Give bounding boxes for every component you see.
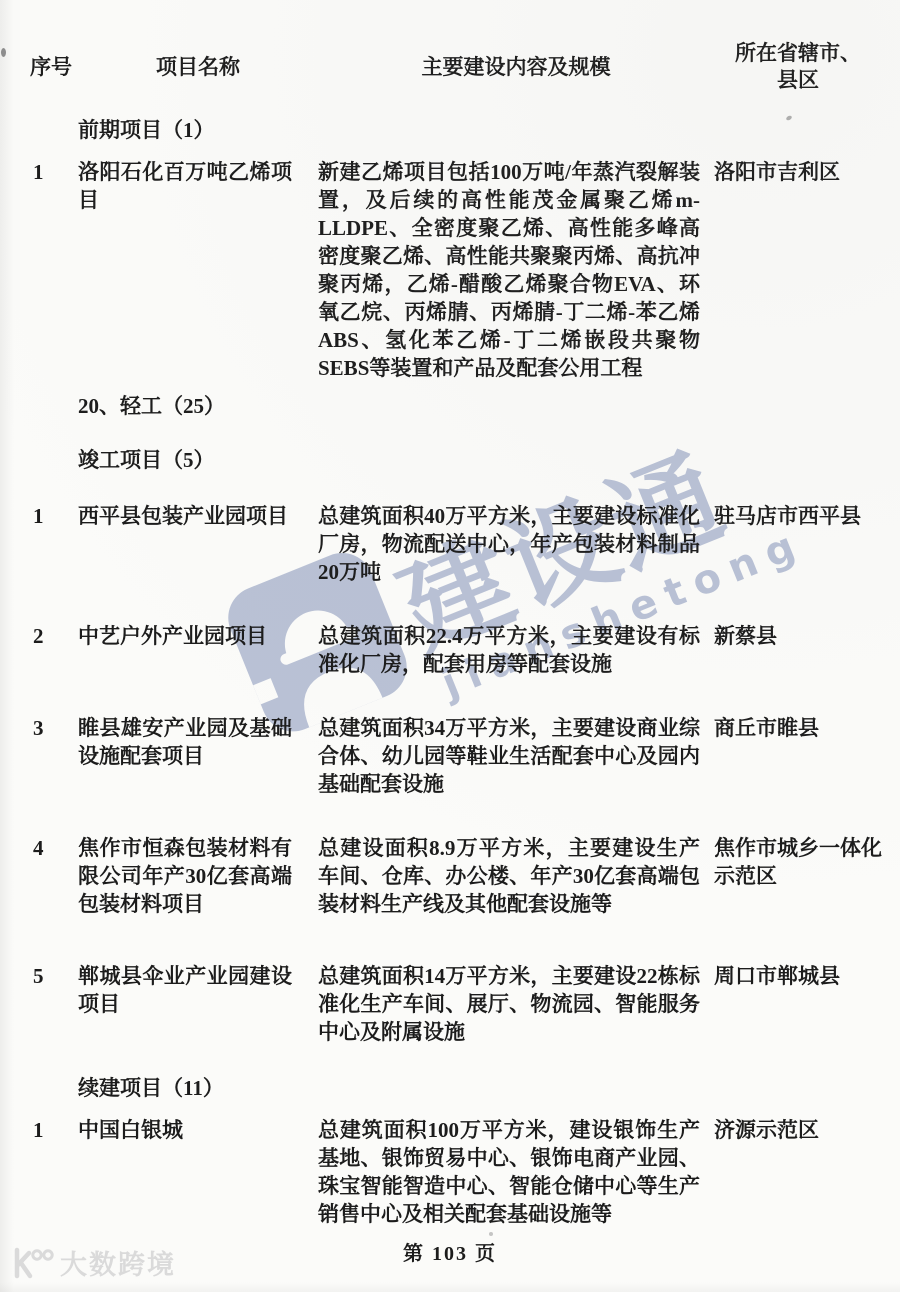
project-location: 洛阳市吉利区 [714, 158, 882, 186]
document-page: 建设通 jianshetong 序号 项目名称 主要建设内容及规模 所在省辖市、… [0, 0, 900, 1292]
project-name: 焦作市恒森包装材料有限公司年产30亿套高端包装材料项目 [78, 834, 318, 918]
table-row: 5 郸城县伞业产业园建设项目 总建筑面积14万平方米，主要建设22栋标准化生产车… [30, 962, 882, 1046]
project-content: 总建筑面积22.4万平方米，主要建设有标准化厂房，配套用房等配套设施 [318, 622, 714, 678]
project-name: 中艺户外产业园项目 [78, 622, 318, 650]
scan-artifact [1, 48, 6, 57]
col-header-content: 主要建设内容及规模 [318, 40, 714, 81]
scan-artifact [489, 1232, 493, 1236]
row-number: 3 [30, 714, 78, 742]
table-row: 2 中艺户外产业园项目 总建筑面积22.4万平方米，主要建设有标准化厂房，配套用… [30, 622, 882, 678]
project-content: 新建乙烯项目包括100万吨/年蒸汽裂解装置，及后续的高性能茂金属聚乙烯m-LLD… [318, 158, 714, 382]
project-location: 济源示范区 [714, 1116, 882, 1144]
table-row: 4 焦作市恒森包装材料有限公司年产30亿套高端包装材料项目 总建设面积8.9万平… [30, 834, 882, 918]
col-header-name: 项目名称 [78, 40, 318, 81]
project-location: 焦作市城乡一体化示范区 [714, 834, 882, 890]
row-number: 4 [30, 834, 78, 862]
project-content: 总建设面积8.9万平方米，主要建设生产车间、仓库、办公楼、年产30亿套高端包装材… [318, 834, 714, 918]
project-name: 中国白银城 [78, 1116, 318, 1144]
project-content: 总建筑面积100万平方米，建设银饰生产基地、银饰贸易中心、银饰电商产业园、珠宝智… [318, 1116, 714, 1228]
section-heading-industry: 20、轻工（25） [78, 392, 882, 420]
table-row: 1 洛阳石化百万吨乙烯项目 新建乙烯项目包括100万吨/年蒸汽裂解装置，及后续的… [30, 158, 882, 382]
row-number: 5 [30, 962, 78, 990]
project-content: 总建筑面积14万平方米，主要建设22栋标准化生产车间、展厅、物流园、智能服务中心… [318, 962, 714, 1046]
project-name: 睢县雄安产业园及基础设施配套项目 [78, 714, 318, 770]
row-number: 1 [30, 158, 78, 186]
page-number: 第 103 页 [0, 1237, 900, 1266]
section-heading-continued: 续建项目（11） [78, 1074, 882, 1102]
table-row: 1 中国白银城 总建筑面积100万平方米，建设银饰生产基地、银饰贸易中心、银饰电… [30, 1116, 882, 1228]
project-location: 周口市郸城县 [714, 962, 882, 990]
project-location: 驻马店市西平县 [714, 502, 882, 530]
section-heading-completed: 竣工项目（5） [78, 446, 882, 474]
project-content: 总建筑面积34万平方米，主要建设商业综合体、幼儿园等鞋业生活配套中心及园内基础配… [318, 714, 714, 798]
table-header-row: 序号 项目名称 主要建设内容及规模 所在省辖市、 县区 [30, 40, 882, 94]
col-header-location: 所在省辖市、 县区 [714, 40, 882, 94]
project-name: 西平县包装产业园项目 [78, 502, 318, 530]
row-number: 2 [30, 622, 78, 650]
project-location: 商丘市睢县 [714, 714, 882, 742]
project-name: 洛阳石化百万吨乙烯项目 [78, 158, 318, 214]
section-heading-pre: 前期项目（1） [78, 116, 882, 144]
col-header-location-line2: 县区 [777, 67, 819, 94]
col-header-no: 序号 [30, 40, 78, 81]
row-number: 1 [30, 1116, 78, 1144]
table-row: 1 西平县包装产业园项目 总建筑面积40万平方米，主要建设标准化厂房，物流配送中… [30, 502, 882, 586]
table-row: 3 睢县雄安产业园及基础设施配套项目 总建筑面积34万平方米，主要建设商业综合体… [30, 714, 882, 798]
project-name: 郸城县伞业产业园建设项目 [78, 962, 318, 1018]
row-number: 1 [30, 502, 78, 530]
table-content: 序号 项目名称 主要建设内容及规模 所在省辖市、 县区 前期项目（1） 1 洛阳… [0, 0, 900, 1228]
project-location: 新蔡县 [714, 622, 882, 650]
project-content: 总建筑面积40万平方米，主要建设标准化厂房，物流配送中心，年产包装材料制品20万… [318, 502, 714, 586]
col-header-location-line1: 所在省辖市、 [735, 40, 861, 67]
